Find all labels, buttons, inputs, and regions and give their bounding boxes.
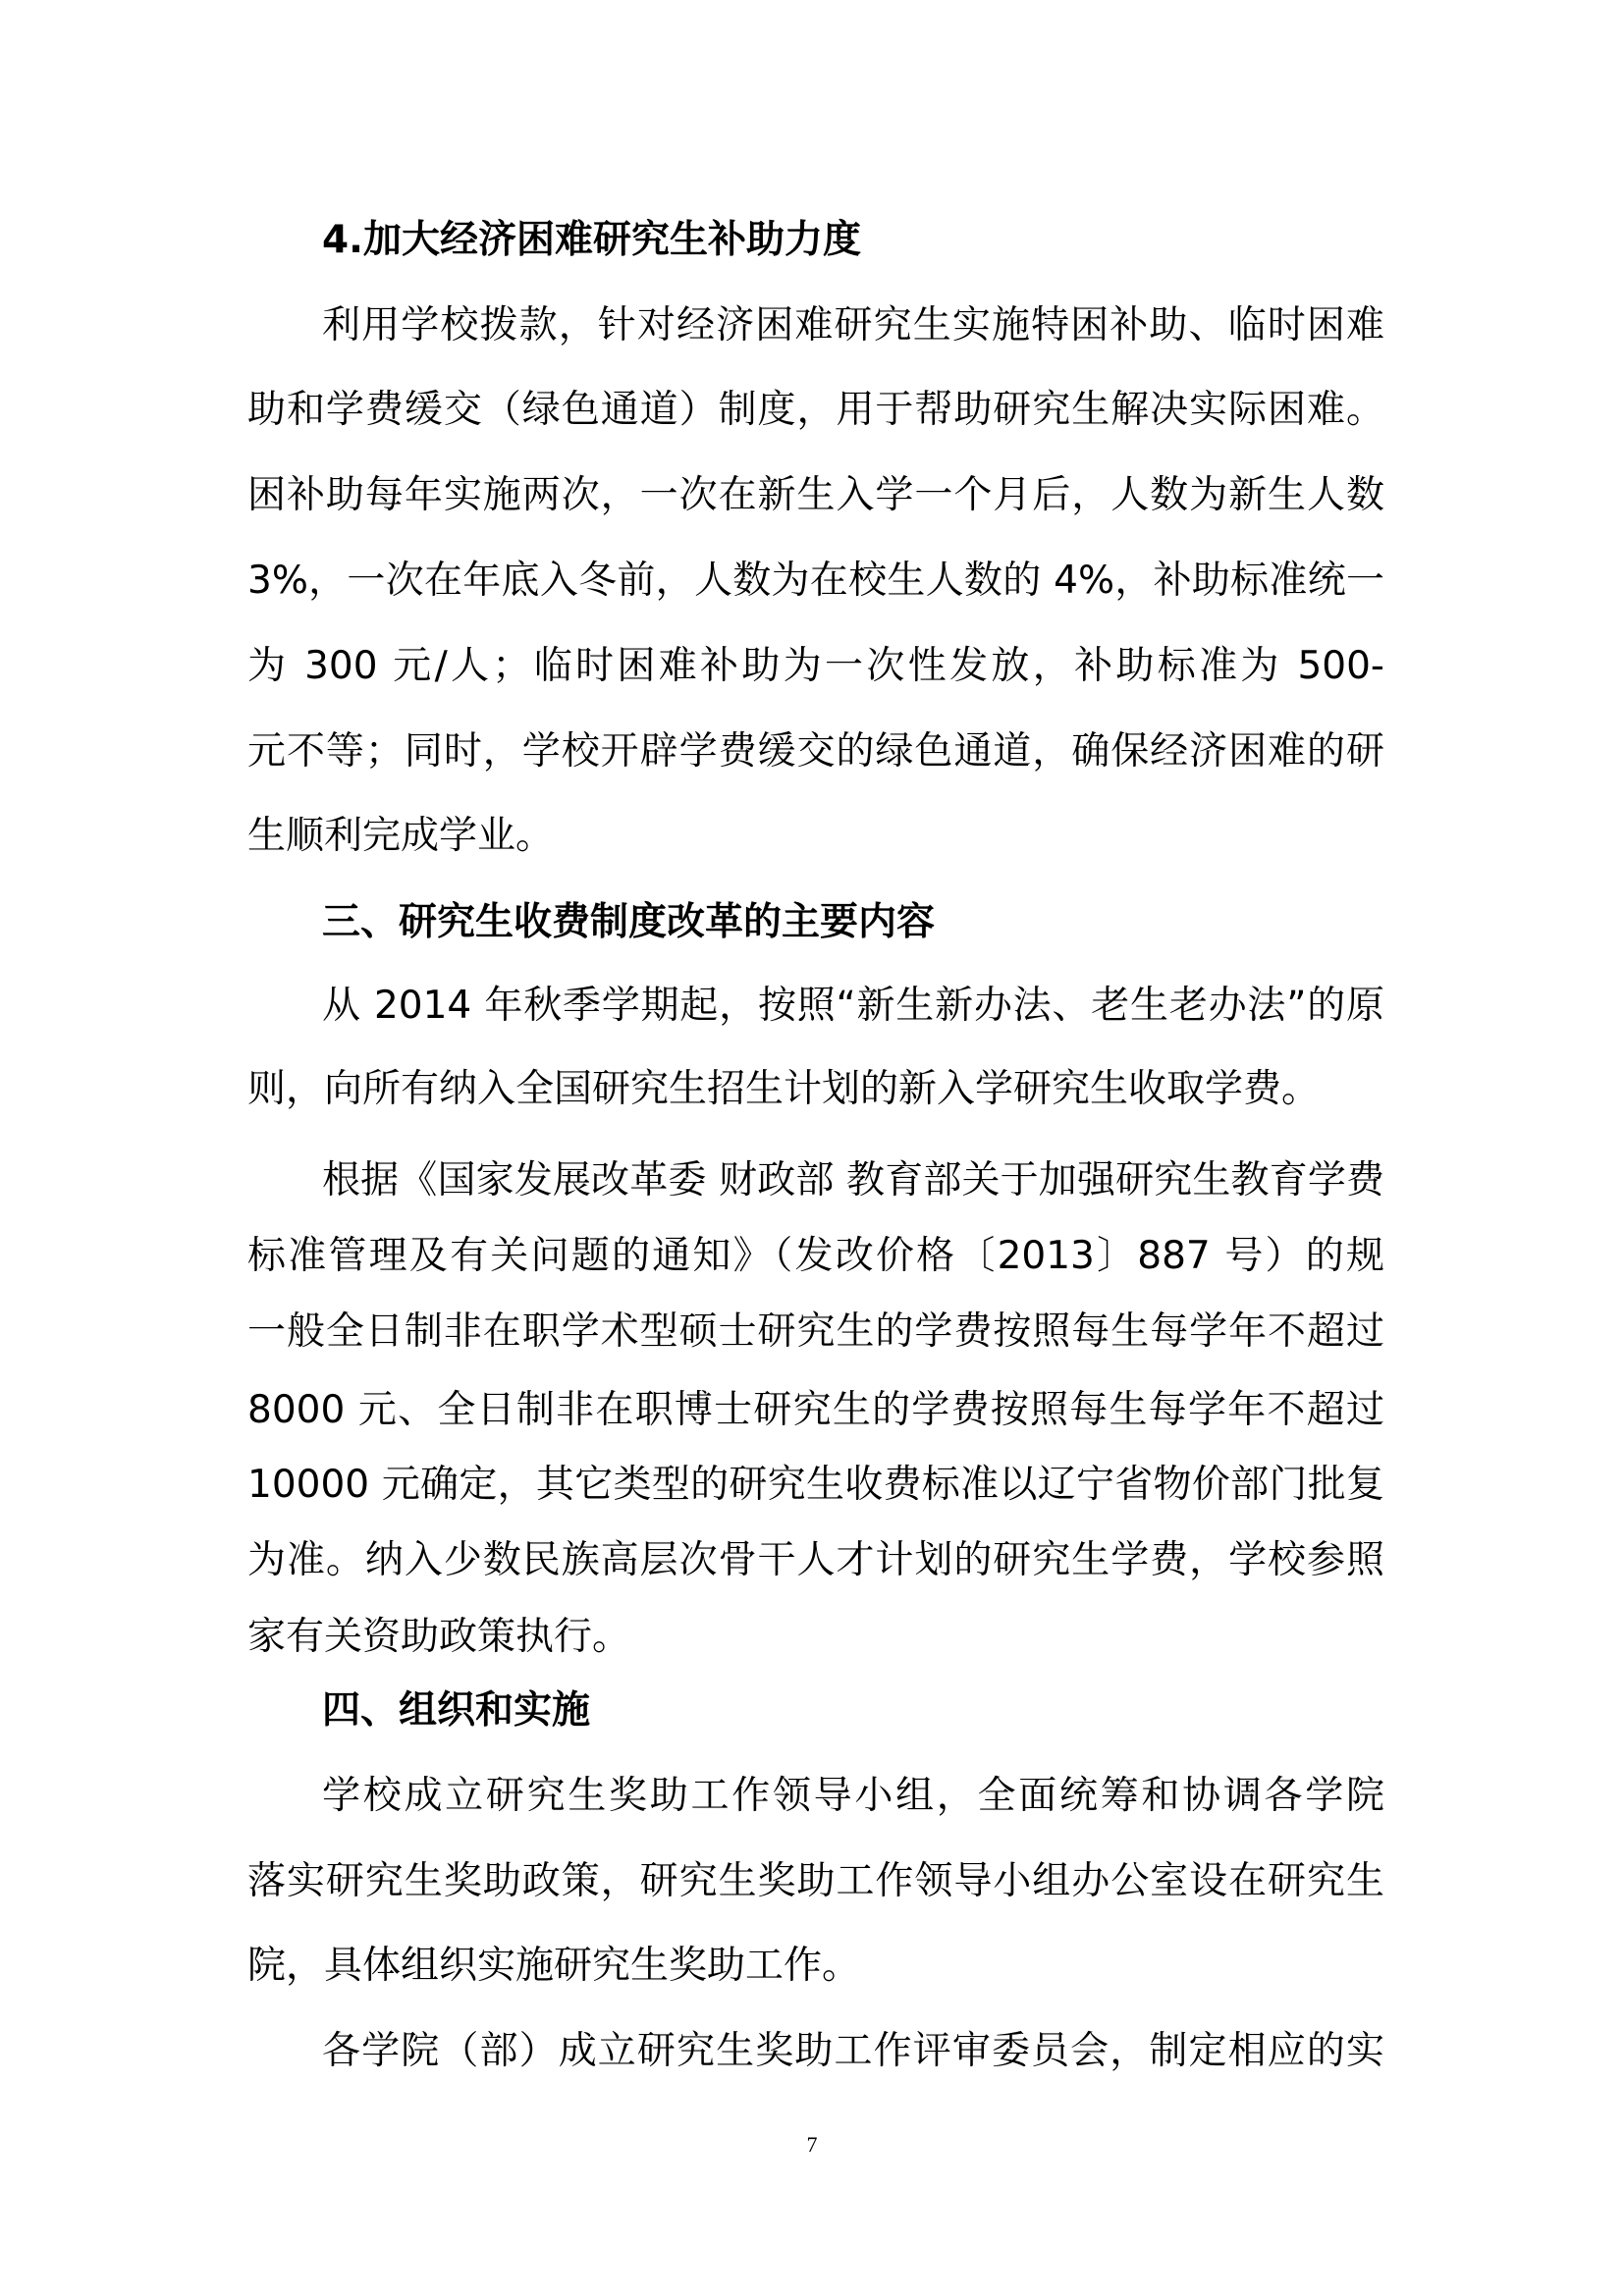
section-heading: 三、研究生收费制度改革的主要内容 (322, 898, 1384, 947)
page-number: 7 (0, 2132, 1624, 2158)
paragraph-line: 为准。纳入少数民族高层次骨干人才计划的研究生学费，学校参照国 (247, 1536, 1384, 1585)
paragraph-line: 各学院（部）成立研究生奖助工作评审委员会，制定相应的实施 (322, 2027, 1384, 2076)
paragraph-line: 落实研究生奖助政策，研究生奖助工作领导小组办公室设在研究生 (247, 1857, 1384, 1906)
paragraph-line: 生顺利完成学业。 (247, 812, 1384, 861)
paragraph-line: 10000 元确定，其它类型的研究生收费标准以辽宁省物价部门批复 (247, 1461, 1384, 1510)
paragraph-line: 家有关资助政策执行。 (247, 1613, 1384, 1662)
paragraph-line: 3%，一次在年底入冬前，人数为在校生人数的 4%，补助标准统一 (247, 557, 1384, 606)
paragraph-line: 为 300 元/人；临时困难补助为一次性发放，补助标准为 500-1000 (247, 642, 1384, 691)
section-heading: 4.加大经济困难研究生补助力度 (322, 216, 1384, 265)
paragraph-line: 标准管理及有关问题的通知》（发改价格〔2013〕887 号）的规定， (247, 1232, 1384, 1281)
paragraph-line: 元不等；同时，学校开辟学费缓交的绿色通道，确保经济困难的研究 (247, 727, 1384, 776)
paragraph-line: 8000 元、全日制非在职博士研究生的学费按照每生每学年不超过 (247, 1386, 1384, 1435)
paragraph-line: 根据《国家发展改革委 财政部 教育部关于加强研究生教育学费 (322, 1156, 1384, 1205)
paragraph-line: 则，向所有纳入全国研究生招生计划的新入学研究生收取学费。 (247, 1065, 1384, 1114)
paragraph-line: 一般全日制非在职学术型硕士研究生的学费按照每生每学年不超过 (247, 1308, 1384, 1357)
paragraph-line: 助和学费缓交（绿色通道）制度，用于帮助研究生解决实际困难。特 (247, 386, 1384, 435)
paragraph-line: 困补助每年实施两次，一次在新生入学一个月后，人数为新生人数的 (247, 471, 1384, 520)
paragraph-line: 学校成立研究生奖助工作领导小组，全面统筹和协调各学院（部） (322, 1772, 1384, 1821)
paragraph-line: 院，具体组织实施研究生奖助工作。 (247, 1942, 1384, 1991)
section-heading: 四、组织和实施 (322, 1686, 1384, 1735)
paragraph-line: 利用学校拨款，针对经济困难研究生实施特困补助、临时困难补 (322, 301, 1384, 350)
paragraph-line: 从 2014 年秋季学期起，按照“新生新办法、老生老办法”的原 (322, 982, 1384, 1031)
